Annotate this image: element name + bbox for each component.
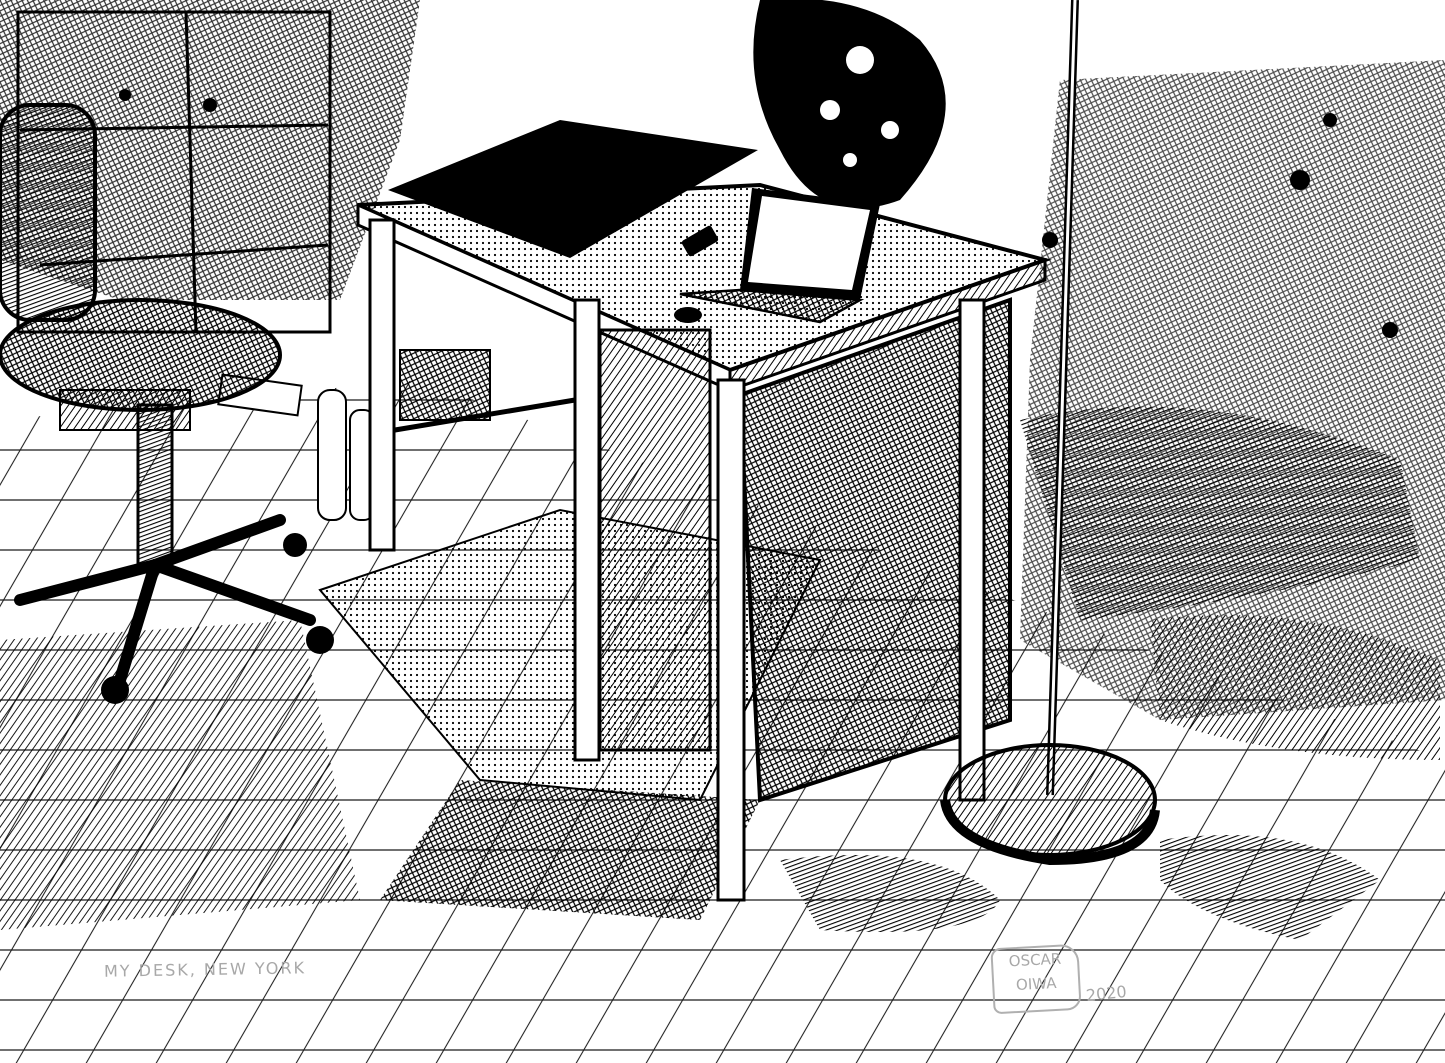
- mouse: [674, 307, 702, 323]
- artwork-caption: MY DESK, NEW YORK: [104, 958, 306, 981]
- ink-illustration: [0, 0, 1445, 1063]
- artist-signature: OSCAR OIWA: [990, 944, 1081, 1015]
- signature-line-2: OIWA: [994, 970, 1079, 998]
- bottles: [318, 390, 374, 520]
